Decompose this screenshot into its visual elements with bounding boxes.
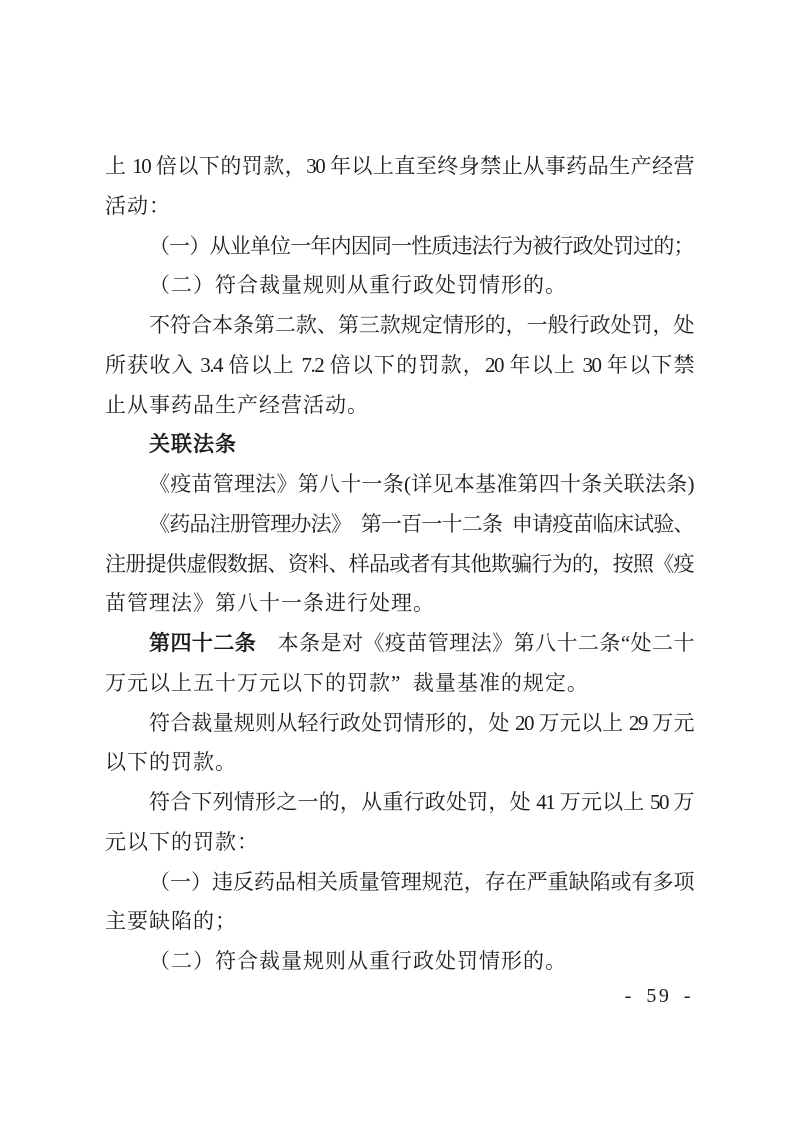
document-page: 上 10 倍以下的罚款，30 年以上直至终身禁止从事药品生产经营 活动： （一）…: [0, 0, 793, 1122]
list-item-line: （二）符合裁量规则从重行政处罚情形的。: [105, 266, 693, 306]
text-line: 元以下的罚款：: [105, 823, 693, 863]
text-line: 苗管理法》第八十一条进行处理。: [105, 584, 693, 624]
article-heading-line: 第四十二条 本条是对《疫苗管理法》第八十二条“处二十: [105, 624, 693, 664]
list-item-line: （一）从业单位一年内因同一性质违法行为被行政处罚过的；: [105, 227, 693, 267]
text-line: 《疫苗管理法》第八十一条(详见本基准第四十条关联法条): [105, 465, 693, 505]
text-line: 主要缺陷的；: [105, 902, 693, 942]
text-line: 注册提供虚假数据、资料、样品或者有其他欺骗行为的，按照《疫: [105, 545, 693, 585]
text-line: 不符合本条第二款、第三款规定情形的，一般行政处罚，处: [105, 306, 693, 346]
text-line: 止从事药品生产经营活动。: [105, 386, 693, 426]
text-line: 活动：: [105, 187, 693, 227]
text-line: 符合裁量规则从轻行政处罚情形的，处 20 万元以上 29 万元: [105, 704, 693, 744]
text-line: 上 10 倍以下的罚款，30 年以上直至终身禁止从事药品生产经营: [105, 147, 693, 187]
page-number: - 59 -: [105, 984, 693, 1008]
text-line: 万元以上五十万元以下的罚款” 裁量基准的规定。: [105, 664, 693, 704]
list-item-line: （二）符合裁量规则从重行政处罚情形的。: [105, 942, 693, 982]
section-heading: 关联法条: [105, 425, 693, 465]
document-text-block: 上 10 倍以下的罚款，30 年以上直至终身禁止从事药品生产经营 活动： （一）…: [105, 147, 693, 982]
text-line: 以下的罚款。: [105, 743, 693, 783]
list-item-line: （一）违反药品相关质量管理规范，存在严重缺陷或有多项: [105, 863, 693, 903]
text-line: 《药品注册管理办法》 第一百一十二条 申请疫苗临床试验、: [105, 505, 693, 545]
text-line: 所获收入 3.4 倍以上 7.2 倍以下的罚款，20 年以上 30 年以下禁: [105, 346, 693, 386]
text-line: 符合下列情形之一的，从重行政处罚，处 41 万元以上 50 万: [105, 783, 693, 823]
